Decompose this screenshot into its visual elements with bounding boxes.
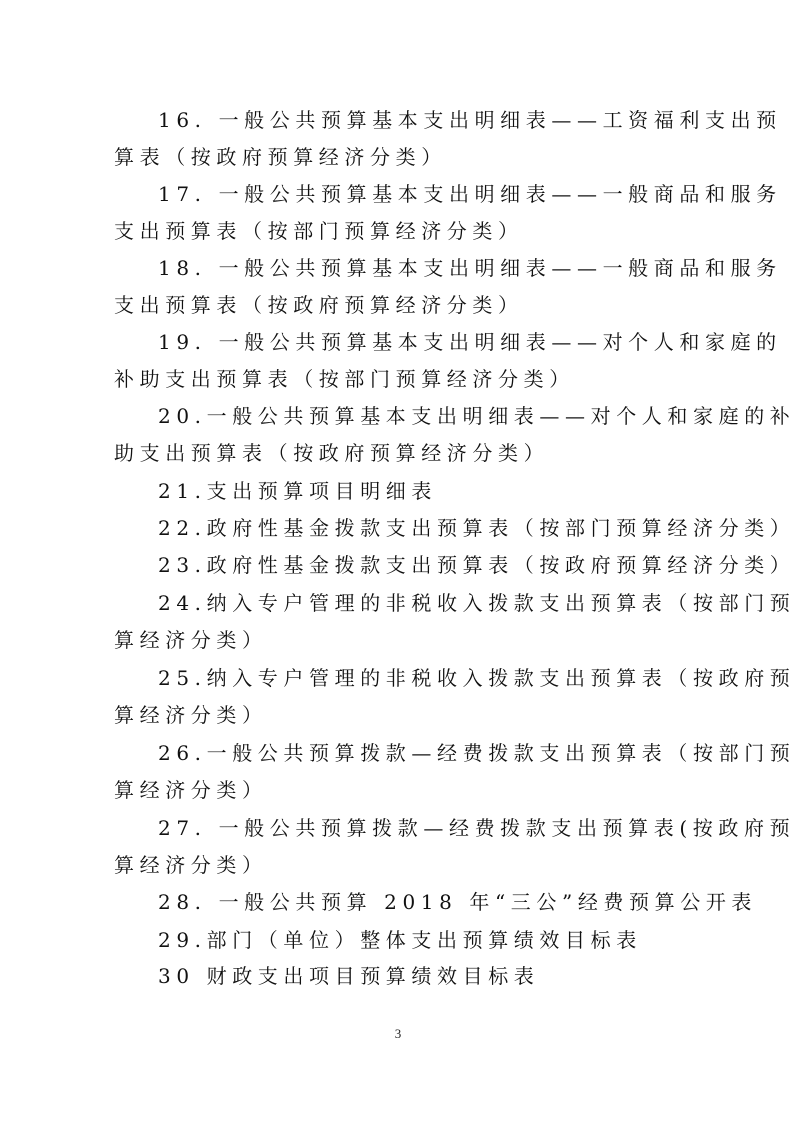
list-item-20-line-1: 20.一般公共预算基本支出明细表——对个人和家庭的补 (158, 401, 728, 431)
list-item-18-line-1: 18. 一般公共预算基本支出明细表——一般商品和服务 (158, 253, 728, 283)
list-item-24-line-1: 24.纳入专户管理的非税收入拨款支出预算表（按部门预 (158, 588, 728, 618)
list-item-19-line-1: 19. 一般公共预算基本支出明细表——对个人和家庭的 (158, 327, 728, 357)
list-item-27-line-1: 27. 一般公共预算拨款—经费拨款支出预算表(按政府预 (158, 813, 728, 843)
list-item-30-line-1: 30 财政支出项目预算绩效目标表 (158, 961, 728, 991)
list-item-16-line-2: 算表（按政府预算经济分类） (114, 142, 684, 172)
list-item-19-line-2: 补助支出预算表（按部门预算经济分类） (114, 364, 684, 394)
list-item-16-line-1: 16. 一般公共预算基本支出明细表——工资福利支出预 (158, 105, 728, 135)
page-number: 3 (390, 1026, 406, 1042)
document-page: 16. 一般公共预算基本支出明细表——工资福利支出预 算表（按政府预算经济分类）… (0, 0, 793, 1122)
list-item-28-line-1: 28. 一般公共预算 2018 年“三公”经费预算公开表 (158, 887, 728, 917)
list-item-17-line-2: 支出预算表（按部门预算经济分类） (114, 216, 684, 246)
list-item-17-line-1: 17. 一般公共预算基本支出明细表——一般商品和服务 (158, 179, 728, 209)
list-item-29-line-1: 29.部门（单位）整体支出预算绩效目标表 (158, 925, 728, 955)
list-item-21-line-1: 21.支出预算项目明细表 (158, 476, 728, 506)
list-item-27-line-2: 算经济分类） (114, 850, 684, 880)
list-item-26-line-1: 26.一般公共预算拨款—经费拨款支出预算表（按部门预 (158, 738, 728, 768)
list-item-23-line-1: 23.政府性基金拨款支出预算表（按政府预算经济分类） (158, 550, 728, 580)
list-item-20-line-2: 助支出预算表（按政府预算经济分类） (114, 438, 684, 468)
list-item-24-line-2: 算经济分类） (114, 625, 684, 655)
list-item-25-line-1: 25.纳入专户管理的非税收入拨款支出预算表（按政府预 (158, 663, 728, 693)
list-item-22-line-1: 22.政府性基金拨款支出预算表（按部门预算经济分类） (158, 513, 728, 543)
list-item-18-line-2: 支出预算表（按政府预算经济分类） (114, 290, 684, 320)
list-item-26-line-2: 算经济分类） (114, 775, 684, 805)
list-item-25-line-2: 算经济分类） (114, 700, 684, 730)
